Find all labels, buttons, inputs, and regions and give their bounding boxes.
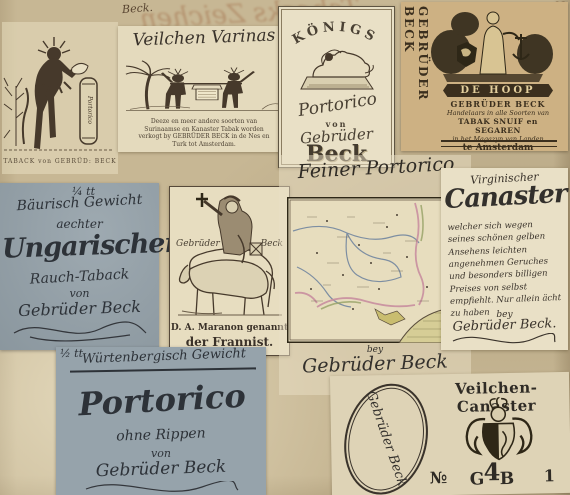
bale-carriers-engraving [122, 50, 286, 114]
monk-horseman-engraving [172, 191, 287, 319]
album-page-scan: Tabacks Zeichen Beck. 83 Portorico TA [0, 0, 570, 495]
indian-label-caption: TABACK von GEBRÜD: BECK [2, 158, 118, 165]
label-de-hoop: GEBRÜDER BECK DE HOOP GEBRÜDER BECK Hand… [401, 2, 568, 151]
ungarischer-rauchtaback: Rauch-Taback [0, 265, 159, 289]
varinas-title: Veilchen Varinas [118, 25, 291, 51]
flourish-swash [449, 333, 559, 349]
hope-allegory-engraving [423, 4, 563, 82]
oval-monogram-frame: Gebrüder Beck [334, 375, 439, 495]
canaster-title: Canaster [442, 179, 568, 216]
label-maranon: Gebrüder Beck D. A. Maranon genannt der … [169, 186, 290, 356]
ungarischer-gewicht-line: Bäurisch Gewicht [0, 191, 159, 215]
lot-number: 1 [544, 466, 555, 485]
rule-line [70, 367, 256, 372]
ungarischer-title: Ungarischer [2, 228, 160, 264]
maranon-caption1: D. A. Maranon genannt [170, 323, 289, 333]
top-small-handwriting: Beck. [122, 1, 154, 16]
varinas-dutch-text: Deeze en meer andere soorten van Surinaa… [132, 118, 276, 148]
label-portorico-ohne-rippen: ½ tt Würtenbergisch Gewicht Portorico oh… [56, 347, 266, 495]
dehoop-firm-line: GEBRÜDER BECK [435, 99, 561, 109]
label-koenigs-portorico: KÖNIGS Portorico von Gebrüder Beck [278, 6, 395, 168]
native-american-engraving: Portorico [2, 26, 118, 154]
label-indian-taback: Portorico TABACK von GEBRÜD: BECK [2, 22, 118, 174]
maranon-left-script: Gebrüder [176, 239, 220, 249]
monogram-B: B [500, 469, 515, 489]
oval-rotated-script: Gebrüder Beck [362, 386, 411, 491]
dehoop-handelaars-line: Handelaars in alle Soorten van [435, 109, 561, 117]
portorico-title: Portorico [59, 376, 265, 425]
label-veilchen-varinas: Veilchen Varinas Deeze en meer andere so [118, 26, 290, 152]
bale-vertical-text: Portorico [86, 95, 93, 124]
monogram-4: 4 [483, 457, 500, 486]
monogram-G: G [470, 469, 485, 489]
dehoop-banner: DE HOOP [443, 84, 553, 97]
lion-on-plinth-engraving [293, 39, 381, 91]
portorico-gewicht-line: Würtenbergisch Gewicht [66, 346, 262, 368]
label-ungarischer: ¼ tt Bäurisch Gewicht aechter Ungarische… [0, 183, 159, 350]
flourish-swash [82, 481, 242, 495]
flourish-swash [10, 321, 150, 343]
dehoop-tabak-line: TABAK SNUIF en SEGAREN [435, 117, 561, 135]
ungarischer-firm: Gebrüder Beck [0, 296, 159, 321]
hand-colored-map-engraving [287, 197, 459, 343]
pedestal-base [441, 140, 557, 147]
label-veilchen-canaster: Gebrüder Beck Veilchen-Canaster № 4 G B … [330, 372, 570, 495]
numero-sign: № [430, 468, 448, 487]
canaster-body: welcher sich wegen seines schönen gelben… [447, 218, 562, 320]
portorico-ohne-rippen: ohne Rippen [56, 423, 266, 446]
label-virginischer-canaster: Virginischer Canaster welcher sich wegen… [441, 168, 568, 350]
